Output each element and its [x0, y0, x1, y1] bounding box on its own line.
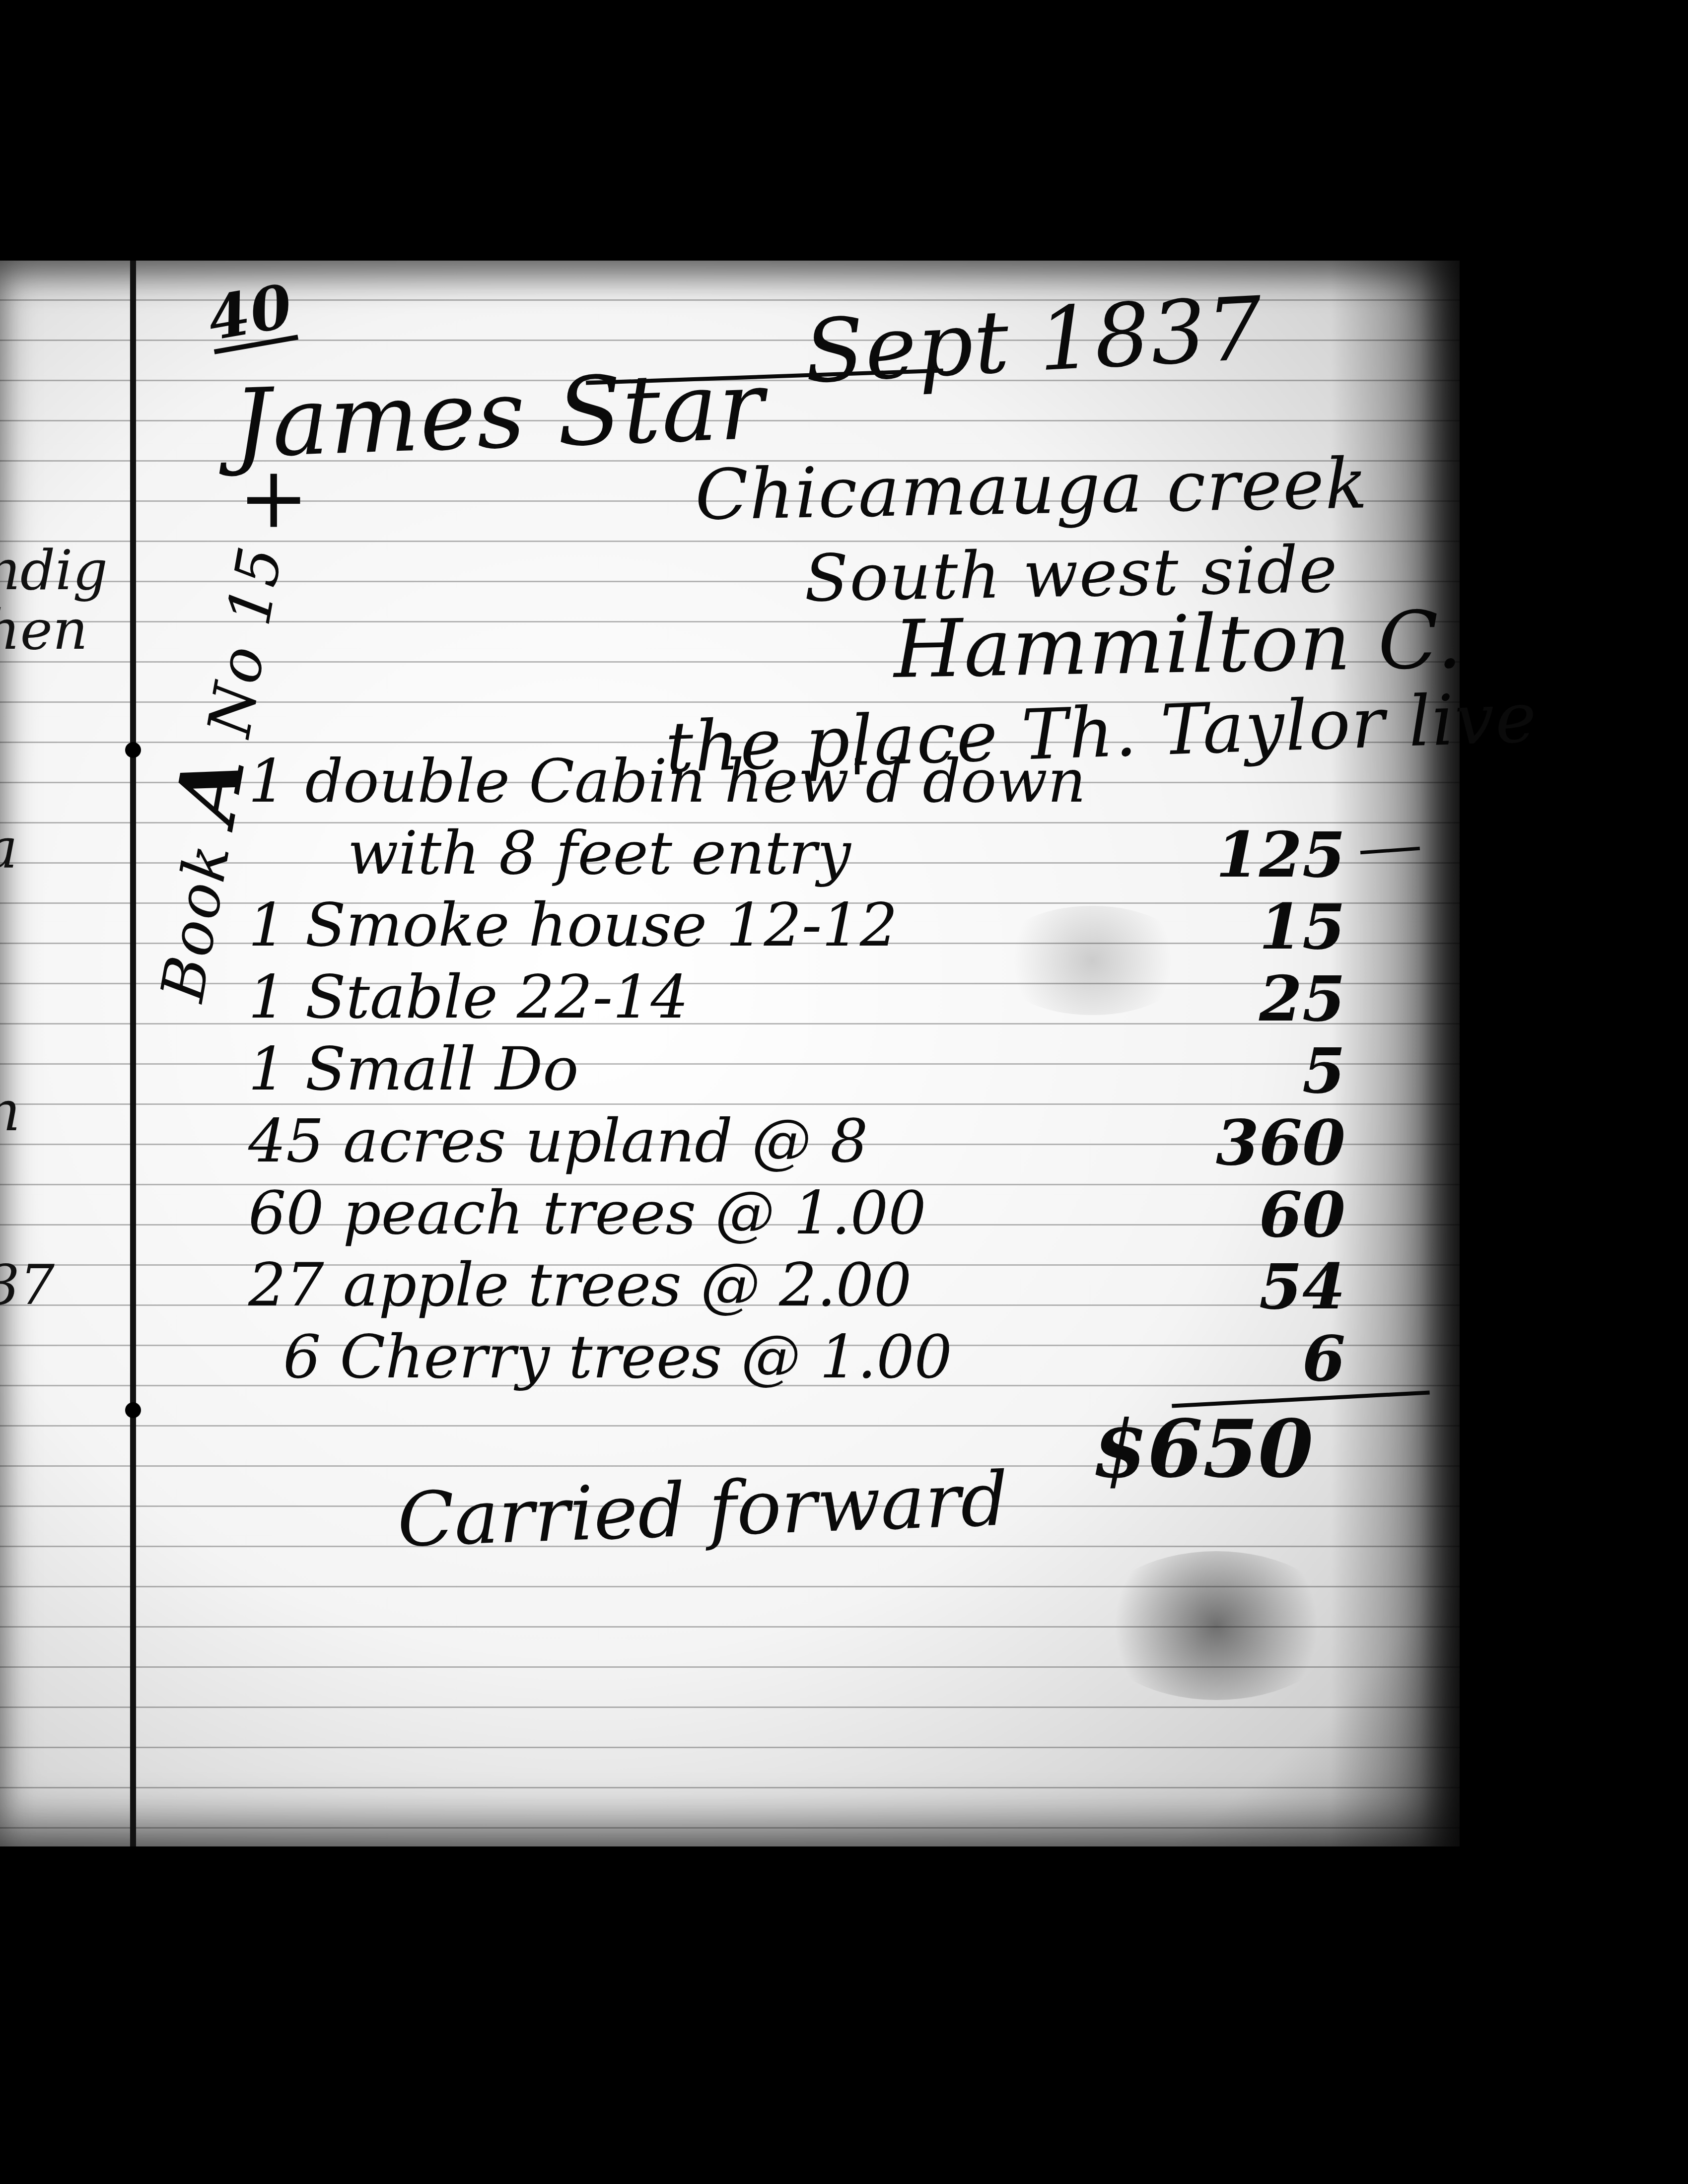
binding-knot — [125, 742, 141, 758]
item-description: 60 peach trees @ 1.00 — [248, 1179, 926, 1248]
item-description: 1 Stable 22-14 — [248, 963, 689, 1032]
claimant-name: James Star — [231, 350, 767, 478]
left-page-fragment: 37 — [0, 1253, 55, 1317]
item-description: 6 Cherry trees @ 1.00 — [283, 1323, 952, 1392]
ledger-paper: ndig hen a n 37 40 Sept 1837 James Star … — [0, 261, 1460, 1846]
item-amount: 6 — [1226, 1323, 1345, 1395]
ledger-row: 60 peach trees @ 1.00 60 — [248, 1179, 1440, 1253]
ledger-row: 6 Cherry trees @ 1.00 6 — [248, 1323, 1440, 1397]
left-page-fragment: ndig — [0, 539, 108, 602]
item-description: 1 double Cabin hew'd down — [248, 747, 1086, 816]
total-amount: $650 — [1092, 1402, 1313, 1496]
paper-stain — [1092, 1551, 1340, 1700]
amount-dash — [1360, 847, 1420, 854]
ledger-row: with 8 feet entry 125 — [248, 819, 1440, 893]
item-description: 45 acres upland @ 8 — [248, 1107, 868, 1176]
entry-date: Sept 1837 — [802, 278, 1266, 403]
paper-stain — [993, 906, 1192, 1015]
margin-book-label: Book — [148, 837, 244, 1007]
item-amount: 60 — [1226, 1179, 1345, 1251]
item-description: with 8 feet entry — [348, 819, 851, 888]
margin-book-number: No 15 — [195, 540, 296, 742]
carried-forward-note: Carried forward — [396, 1456, 1009, 1564]
ledger-row: 1 double Cabin hew'd down — [248, 747, 1440, 821]
item-description: 27 apple trees @ 2.00 — [248, 1251, 912, 1320]
ledger-row: 45 acres upland @ 8 360 — [248, 1107, 1440, 1181]
ledger-row: 1 Small Do 5 — [248, 1035, 1440, 1109]
scan-frame: ndig hen a n 37 40 Sept 1837 James Star … — [0, 0, 1688, 2184]
item-amount: 54 — [1226, 1251, 1345, 1323]
previous-page-edge: ndig hen a n 37 — [0, 261, 132, 1846]
item-amount: 5 — [1226, 1035, 1345, 1107]
item-amount: 360 — [1216, 1107, 1345, 1179]
item-amount: 25 — [1226, 963, 1345, 1035]
left-page-fragment: n — [0, 1080, 20, 1143]
item-amount: 15 — [1226, 891, 1345, 963]
item-amount: 125 — [1216, 819, 1345, 891]
item-description: 1 Smoke house 12-12 — [248, 891, 898, 960]
ledger-row: 1 Smoke house 12-12 15 — [248, 891, 1440, 965]
claimant-mark: + — [238, 449, 310, 547]
location-line: Hammilton C. — [893, 593, 1464, 696]
location-line: Chicamauga creek — [695, 443, 1369, 536]
ledger-row: 1 Stable 22-14 25 — [248, 963, 1440, 1037]
item-description: 1 Small Do — [248, 1035, 578, 1104]
binding-knot — [125, 1402, 141, 1418]
folio-number: 40 — [204, 276, 298, 354]
ledger-row: 27 apple trees @ 2.00 54 — [248, 1251, 1440, 1325]
left-page-fragment: a — [0, 817, 18, 880]
left-page-fragment: hen — [0, 598, 88, 662]
binding-rule — [130, 261, 136, 1846]
